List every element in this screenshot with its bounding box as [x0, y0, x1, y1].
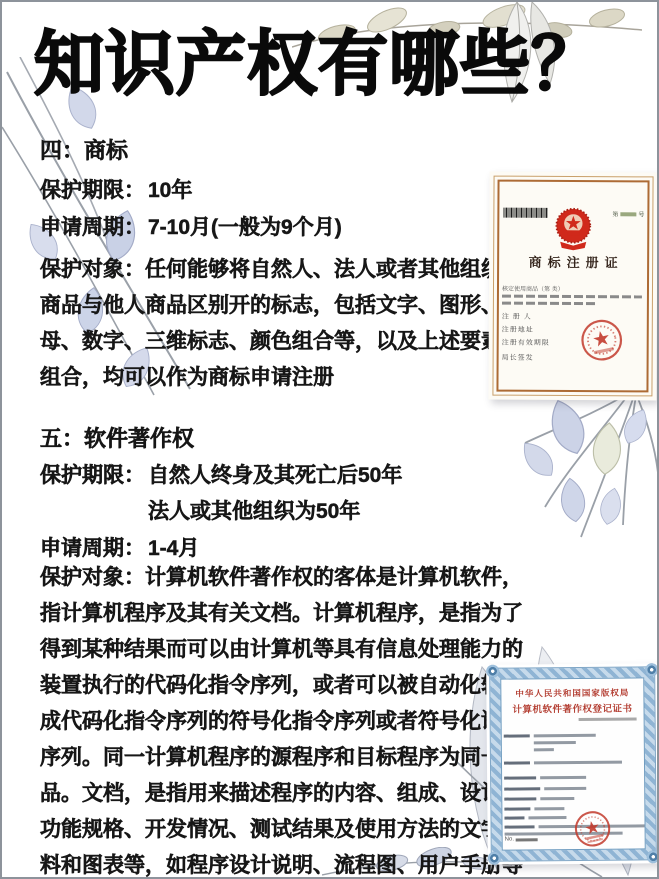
- paragraph-line: 保护对象：任何能够将自然人、法人或者其他组织的: [40, 252, 500, 288]
- registered-address-label: 注册地址: [502, 325, 534, 335]
- field-value: 10年: [148, 179, 192, 202]
- software-protection-term-row-2: 法人或其他组织为50年: [40, 495, 360, 525]
- barcode: [503, 208, 547, 218]
- software-protection-term-row: 保护期限：自然人终身及其死亡后50年: [40, 459, 402, 489]
- software-protection-object-paragraph: 保护对象：计算机软件著作权的客体是计算机软件， 指计算机程序及其有关文档。计算机…: [40, 560, 500, 879]
- paragraph-line: 组合，均可以作为商标申请注册: [40, 360, 500, 396]
- number-suffix: 号: [638, 209, 644, 218]
- field-label: 申请周期：: [40, 532, 148, 562]
- field-value: 7-10月(一般为9个月): [148, 216, 342, 239]
- border-rosette: [647, 850, 659, 863]
- certificate-title: 计算机软件著作权登记证书: [486, 700, 658, 716]
- border-rosette: [488, 852, 501, 865]
- validity-period-label: 注册有效期限: [502, 338, 550, 348]
- section-heading-software-copyright: 五：软件著作权: [40, 422, 194, 453]
- national-emblem-icon: [550, 205, 596, 251]
- border-rosette: [486, 665, 499, 678]
- paragraph-line: 序列。同一计算机程序的源程序和目标程序为同一作: [40, 740, 500, 776]
- illegible-field-row: [504, 741, 576, 745]
- field-value: 1-4月: [148, 537, 199, 560]
- field-label: 保护期限：: [40, 459, 148, 489]
- illegible-text-line: [502, 302, 598, 306]
- software-application-cycle-row: 申请周期：1-4月: [40, 532, 199, 562]
- field-label: 申请周期：: [40, 211, 148, 241]
- field-value: 法人或其他组织为50年: [148, 500, 360, 523]
- certificate-number: 第 号: [612, 209, 644, 218]
- section-heading-trademark: 四：商标: [40, 134, 128, 165]
- paragraph-line: 指计算机程序及其有关文档。计算机程序，是指为了: [40, 596, 500, 632]
- illegible-field-row: [504, 797, 574, 801]
- field-label: 保护期限：: [40, 174, 148, 204]
- illegible-field-row: [504, 816, 566, 820]
- paragraph-line: 成代码化指令序列的符号化指令序列或者符号化语句: [40, 704, 500, 740]
- paragraph-line: 装置执行的代码化指令序列，或者可以被自动化转换: [40, 668, 500, 704]
- number-blur: [516, 838, 538, 841]
- poster-page: 知识产权有哪些？ 四：商标 保护期限：10年 申请周期：7-10月(一般为9个月…: [0, 0, 659, 879]
- number-prefix: 第: [612, 209, 618, 218]
- certificate-number: No.: [505, 836, 538, 842]
- illegible-subtitle: [579, 717, 637, 720]
- field-value: 自然人终身及其死亡后50年: [148, 464, 402, 487]
- issuing-authority: 中华人民共和国国家版权局: [486, 686, 658, 700]
- registrant-label: 注 册 人: [502, 312, 532, 322]
- number-blur: [620, 212, 636, 216]
- paragraph-line: 母、数字、三维标志、颜色组合等，以及上述要素的: [40, 324, 500, 360]
- paragraph-line: 商品与他人商品区别开的标志，包括文字、图形、字: [40, 288, 500, 324]
- approved-goods-label: 核定使用商品（第 类）: [502, 284, 564, 293]
- paragraph-line: 保护对象：计算机软件著作权的客体是计算机软件，: [40, 560, 500, 596]
- software-copyright-certificate: 中华人民共和国国家版权局 计算机软件著作权登记证书 No.: [486, 663, 659, 864]
- certificate-title: 商标注册证: [489, 252, 657, 272]
- trademark-protection-object-paragraph: 保护对象：任何能够将自然人、法人或者其他组织的 商品与他人商品区别开的标志，包括…: [40, 252, 500, 396]
- illegible-field-row: [504, 748, 554, 751]
- illegible-field-row: [504, 807, 564, 811]
- trademark-certificate: 第 号 商标注册证 核定使用商品（第 类） 注 册 人 注册地址 注册有效期限 …: [488, 172, 657, 401]
- trademark-application-cycle-row: 申请周期：7-10月(一般为9个月): [40, 211, 342, 241]
- floral-decoration-mid-right: [507, 385, 659, 570]
- paragraph-line: 得到某种结果而可以由计算机等具有信息处理能力的: [40, 632, 500, 668]
- red-seal-icon: [570, 806, 615, 851]
- paragraph-line: 功能规格、开发情况、测试结果及使用方法的文字资: [40, 812, 500, 848]
- paragraph-line: 料和图表等，如程序设计说明、流程图、用户手册等: [40, 848, 500, 879]
- director-signature-label: 局长签发: [502, 353, 534, 363]
- trademark-protection-term-row: 保护期限：10年: [40, 174, 192, 204]
- paragraph-line: 品。文档，是指用来描述程序的内容、组成、设计、: [40, 776, 500, 812]
- red-seal-icon: [576, 314, 628, 366]
- number-prefix: No.: [505, 837, 514, 843]
- page-title: 知识产权有哪些？: [34, 16, 644, 112]
- border-rosette: [645, 663, 658, 676]
